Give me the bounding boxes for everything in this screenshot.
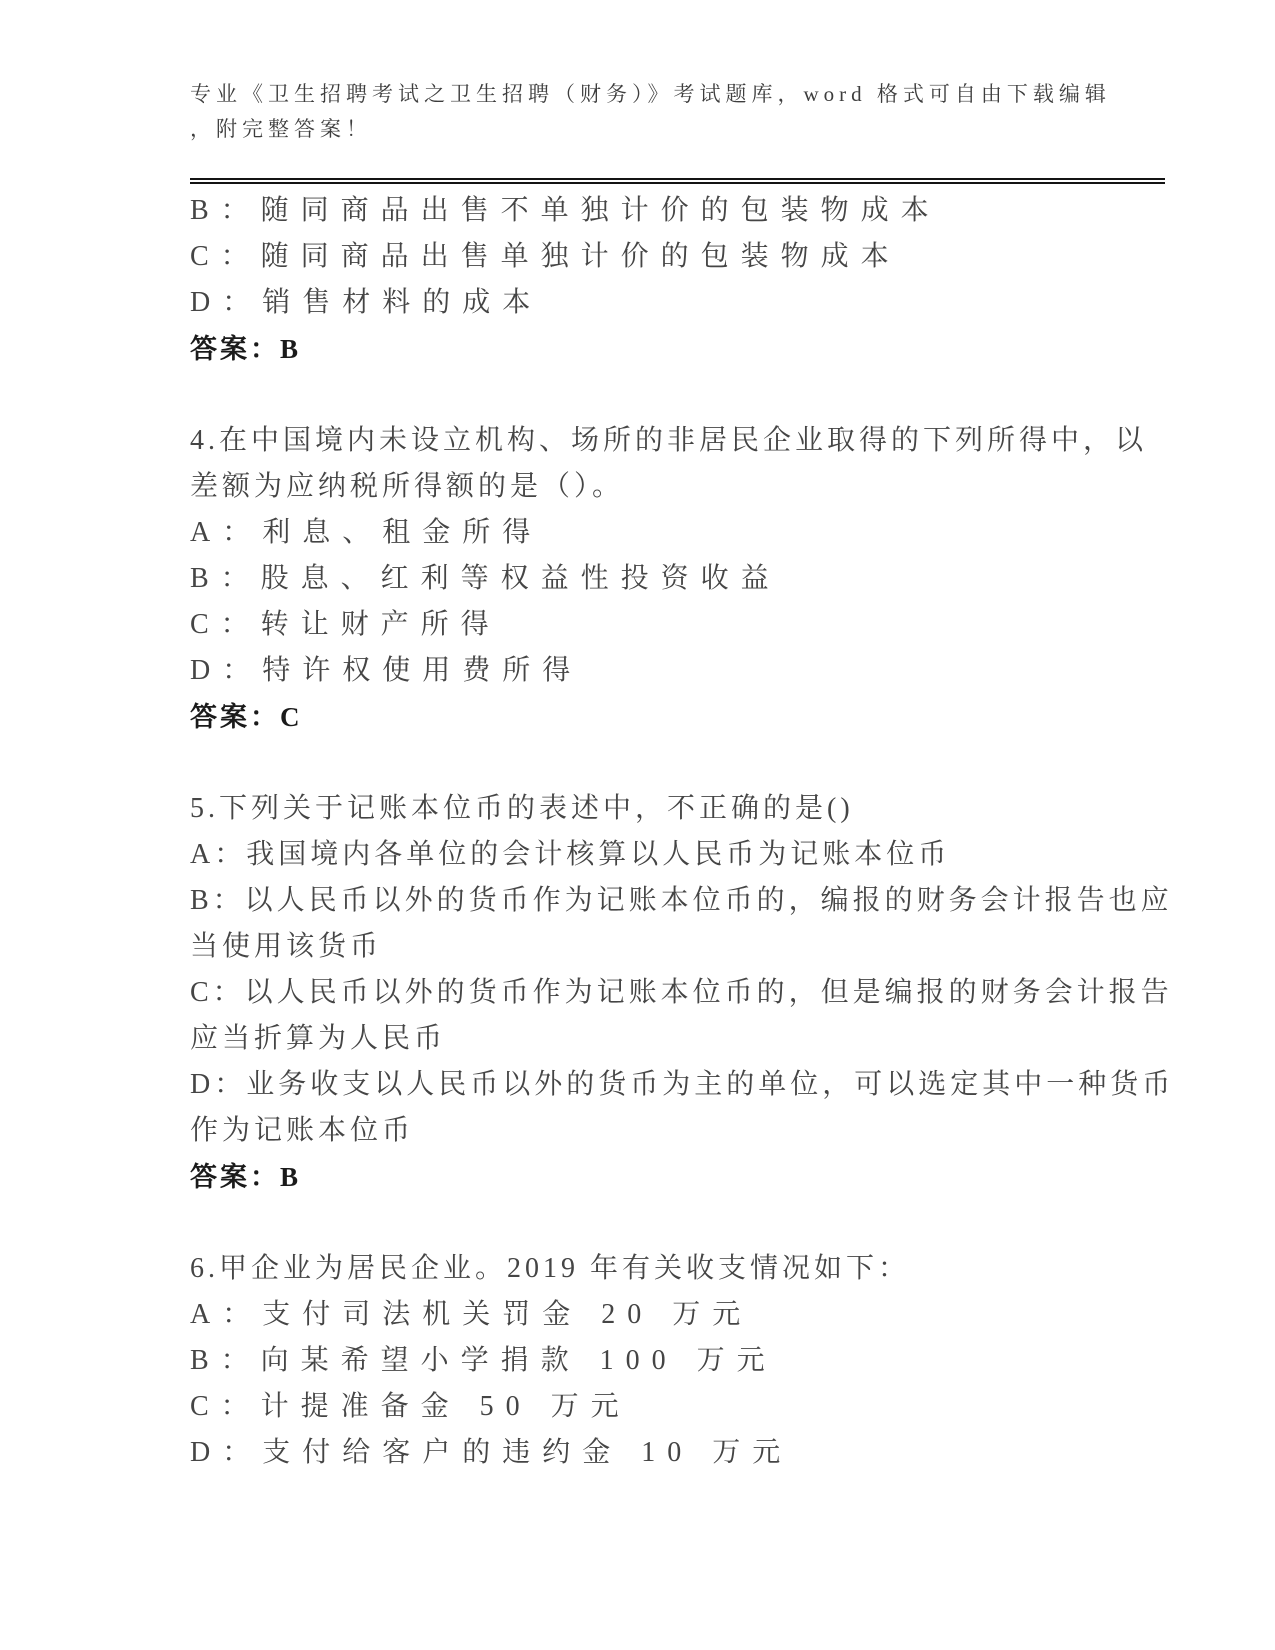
option-line: B：以人民币以外的货币作为记账本位币的，编报的财务会计报告也应	[190, 878, 1163, 924]
header-line: ，附完整答案！	[190, 112, 1163, 147]
answer-line: 答案：C	[190, 694, 1163, 740]
question-line: 4.在中国境内未设立机构、场所的非居民企业取得的下列所得中，以	[190, 418, 1163, 464]
option-line: A：利息、租金所得	[190, 510, 1163, 556]
option-line: B：向某希望小学捐款 100 万元	[190, 1338, 1163, 1384]
header-rule-divider	[190, 178, 1165, 184]
option-line: C：随同商品出售单独计价的包装物成本	[190, 234, 1163, 280]
option-line: A：支付司法机关罚金 20 万元	[190, 1292, 1163, 1338]
option-line: D：业务收支以人民币以外的货币为主的单位，可以选定其中一种货币	[190, 1062, 1163, 1108]
spacer-line	[190, 740, 1163, 786]
option-line: D：销售材料的成本	[190, 280, 1163, 326]
option-line: C：以人民币以外的货币作为记账本位币的，但是编报的财务会计报告	[190, 970, 1163, 1016]
document-header: 专业《卫生招聘考试之卫生招聘（财务）》考试题库，word 格式可自由下载编辑 ，…	[190, 77, 1163, 147]
continuation-line: 当使用该货币	[190, 924, 1163, 970]
answer-line: 答案：B	[190, 326, 1163, 372]
option-line: B：股息、红利等权益性投资收益	[190, 556, 1163, 602]
continuation-line: 应当折算为人民币	[190, 1016, 1163, 1062]
option-line: D：特许权使用费所得	[190, 648, 1163, 694]
document-body: B：随同商品出售不单独计价的包装物成本C：随同商品出售单独计价的包装物成本D：销…	[190, 188, 1163, 1476]
question-line: 5.下列关于记账本位币的表述中，不正确的是()	[190, 786, 1163, 832]
option-line: C：计提准备金 50 万元	[190, 1384, 1163, 1430]
option-line: C：转让财产所得	[190, 602, 1163, 648]
spacer-line	[190, 1200, 1163, 1246]
option-line: D：支付给客户的违约金 10 万元	[190, 1430, 1163, 1476]
spacer-line	[190, 372, 1163, 418]
continuation-line: 作为记账本位币	[190, 1108, 1163, 1154]
continuation-line: 差额为应纳税所得额的是（）。	[190, 464, 1163, 510]
question-line: 6.甲企业为居民企业。2019 年有关收支情况如下：	[190, 1246, 1163, 1292]
header-line: 专业《卫生招聘考试之卫生招聘（财务）》考试题库，word 格式可自由下载编辑	[190, 77, 1163, 112]
answer-line: 答案：B	[190, 1154, 1163, 1200]
option-line: B：随同商品出售不单独计价的包装物成本	[190, 188, 1163, 234]
document-page: 专业《卫生招聘考试之卫生招聘（财务）》考试题库，word 格式可自由下载编辑 ，…	[0, 0, 1275, 1650]
option-line: A：我国境内各单位的会计核算以人民币为记账本位币	[190, 832, 1163, 878]
